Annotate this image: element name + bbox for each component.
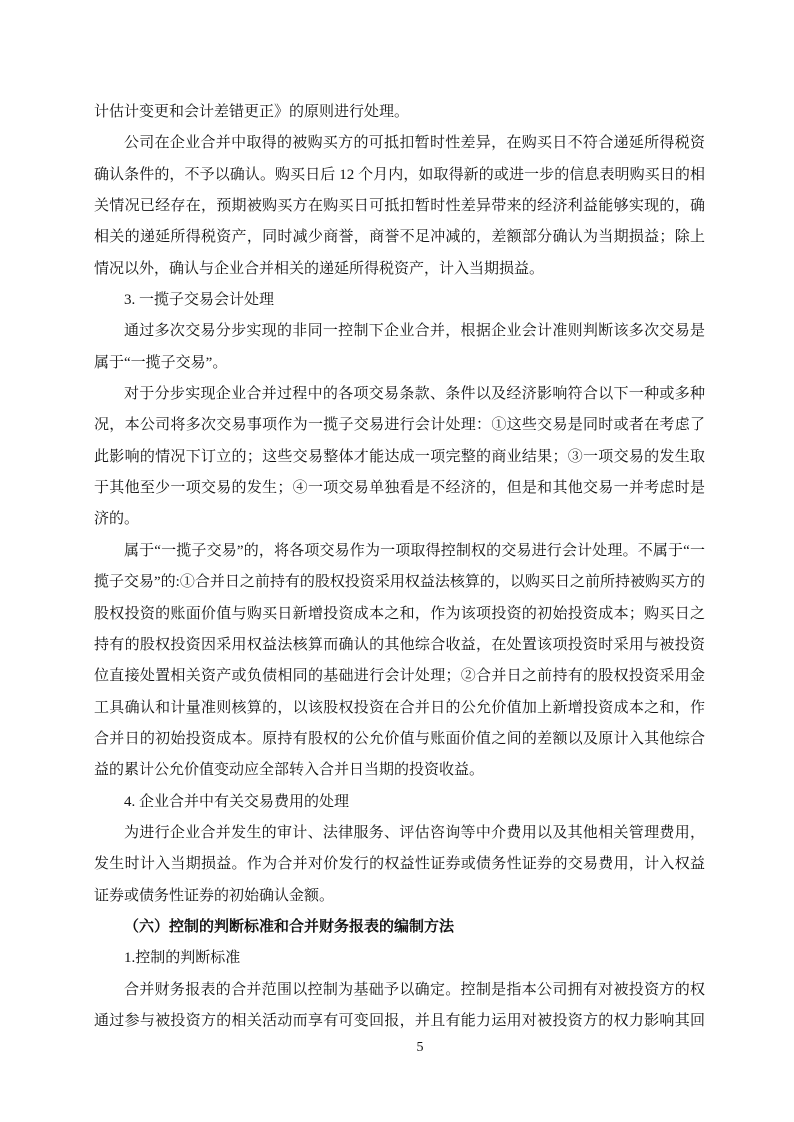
text-line: 通过多次交易分步实现的非同一控制下企业合并，根据企业会计准则判断该多次交易是否: [94, 316, 705, 347]
text-line: （六）控制的判断标准和合并财务报表的编制方法: [94, 912, 705, 943]
document-body: 计估计变更和会计差错更正》的原则进行处理。公司在企业合并中取得的被购买方的可抵扣…: [94, 97, 705, 1037]
text-line: 属于“一揽子交易”。: [94, 348, 705, 379]
text-line: 为进行企业合并发生的审计、法律服务、评估咨询等中介费用以及其他相关管理费用，于: [94, 818, 705, 849]
text-line: 揽子交易”的:①合并日之前持有的股权投资采用权益法核算的，以购买日之前所持被购买…: [94, 567, 705, 598]
text-line: 1.控制的判断标准: [94, 943, 705, 974]
text-line: 益的累计公允价值变动应全部转入合并日当期的投资收益。: [94, 755, 705, 786]
text-line: 位直接处置相关资产或负债相同的基础进行会计处理；②合并日之前持有的股权投资采用金…: [94, 661, 705, 692]
text-line: 4. 企业合并中有关交易费用的处理: [94, 787, 705, 818]
text-line: 合并日的初始投资成本。原持有股权的公允价值与账面价值之间的差额以及原计入其他综合…: [94, 724, 705, 755]
text-line: 对于分步实现企业合并过程中的各项交易条款、条件以及经济影响符合以下一种或多种情: [94, 379, 705, 410]
text-line: 确认条件的，不予以确认。购买日后 12 个月内，如取得新的或进一步的信息表明购买…: [94, 160, 705, 191]
text-line: 通过参与被投资方的相关活动而享有可变回报，并且有能力运用对被投资方的权力影响其回…: [94, 1006, 705, 1037]
text-line: 计估计变更和会计差错更正》的原则进行处理。: [94, 97, 705, 128]
text-line: 工具确认和计量准则核算的，以该股权投资在合并日的公允价值加上新增投资成本之和，作…: [94, 693, 705, 724]
text-line: 持有的股权投资因采用权益法核算而确认的其他综合收益，在处置该项投资时采用与被投资…: [94, 630, 705, 661]
text-line: 此影响的情况下订立的；这些交易整体才能达成一项完整的商业结果；③一项交易的发生取…: [94, 442, 705, 473]
text-line: 股权投资的账面价值与购买日新增投资成本之和，作为该项投资的初始投资成本；购买日之…: [94, 599, 705, 630]
text-line: 情况以外，确认与企业合并相关的递延所得税资产，计入当期损益。: [94, 254, 705, 285]
text-line: 合并财务报表的合并范围以控制为基础予以确定。控制是指本公司拥有对被投资方的权力，: [94, 975, 705, 1006]
text-line: 况，本公司将多次交易事项作为一揽子交易进行会计处理：①这些交易是同时或者在考虑了…: [94, 410, 705, 441]
text-line: 济的。: [94, 504, 705, 535]
document-page: 计估计变更和会计差错更正》的原则进行处理。公司在企业合并中取得的被购买方的可抵扣…: [0, 0, 794, 1122]
page-number: 5: [23, 1038, 794, 1058]
text-line: 关情况已经存在，预期被购买方在购买日可抵扣暂时性差异带来的经济利益能够实现的，确…: [94, 191, 705, 222]
text-line: 属于“一揽子交易”的，将各项交易作为一项取得控制权的交易进行会计处理。不属于“一: [94, 536, 705, 567]
text-line: 发生时计入当期损益。作为合并对价发行的权益性证券或债务性证券的交易费用，计入权益…: [94, 849, 705, 880]
text-line: 公司在企业合并中取得的被购买方的可抵扣暂时性差异，在购买日不符合递延所得税资产: [94, 128, 705, 159]
text-line: 相关的递延所得税资产，同时减少商誉，商誉不足冲减的，差额部分确认为当期损益；除上…: [94, 222, 705, 253]
text-line: 证券或债务性证券的初始确认金额。: [94, 881, 705, 912]
text-line: 3. 一揽子交易会计处理: [94, 285, 705, 316]
text-line: 于其他至少一项交易的发生；④一项交易单独看是不经济的，但是和其他交易一并考虑时是…: [94, 473, 705, 504]
